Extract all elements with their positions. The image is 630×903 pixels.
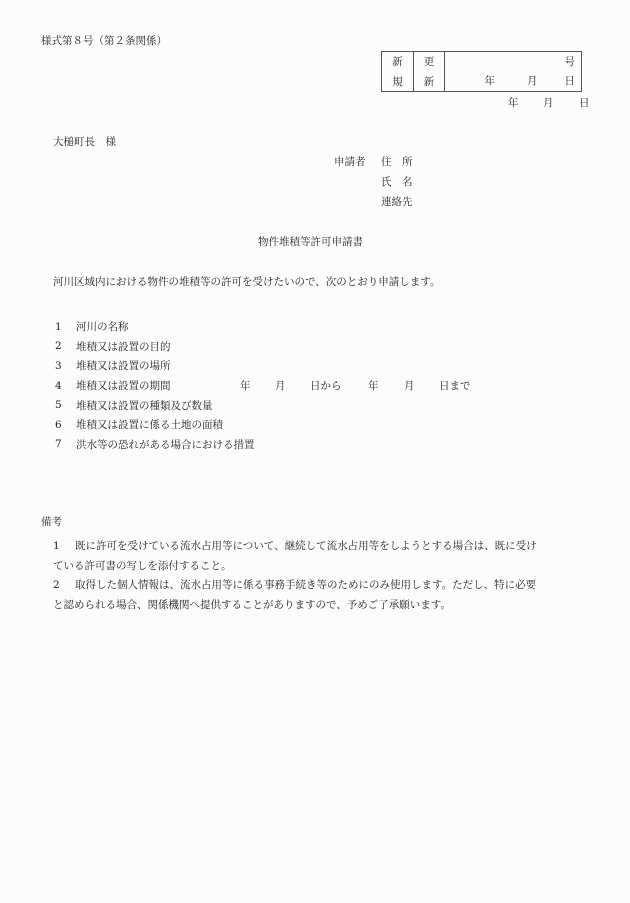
applicant-name-label: 氏 名 xyxy=(381,177,413,188)
period-from-day: 日から xyxy=(310,378,342,393)
item-text: 洪水等の恐れがある場合における措置 xyxy=(76,437,255,452)
item-number: 2 xyxy=(55,340,76,352)
period-to-month: 月 xyxy=(404,378,415,393)
registration-col-new: 新 規 xyxy=(382,52,414,91)
reg-label: 更 xyxy=(424,54,435,69)
reg-label: 新 xyxy=(392,54,403,69)
item-number: 6 xyxy=(55,419,76,431)
item-text: 堆積又は設置に係る土地の面積 xyxy=(76,417,223,432)
item-text: 堆積又は設置の目的 xyxy=(76,339,171,354)
application-items: 1河川の名称 2堆積又は設置の目的 3堆積又は設置の場所 4 堆積又は設置の期間… xyxy=(55,317,255,454)
note-text-cont: と認められる場合、関係機関へ提供することがありますので、予めご了承願います。 xyxy=(53,596,451,616)
notes-list: 1既に許可を受けている流水占用等について、継続して流水占用等をしようとする場合は… xyxy=(53,537,593,615)
note-text: 既に許可を受けている流水占用等について、継続して流水占用等をしようとする場合は、… xyxy=(75,537,537,557)
applicant-contact-label: 連絡先 xyxy=(381,197,413,208)
list-item: 2堆積又は設置の目的 xyxy=(55,337,255,357)
list-item: 3堆積又は設置の場所 xyxy=(55,356,255,376)
registration-number: 号 xyxy=(445,57,581,68)
submission-day: 日 xyxy=(579,98,590,109)
period-from-month: 月 xyxy=(275,378,286,393)
item-text: 河川の名称 xyxy=(76,319,129,334)
note-number: 1 xyxy=(53,537,75,557)
submission-year: 年 xyxy=(508,98,519,109)
number-suffix: 号 xyxy=(565,57,576,68)
period-to-year: 年 xyxy=(368,378,379,393)
applicant-label: 申請者 xyxy=(334,157,366,168)
addressee: 大槌町長 様 xyxy=(53,137,116,148)
period-from-year: 年 xyxy=(240,378,251,393)
note-item: 2取得した個人情報は、流水占用等に係る事務手続き等のためにのみ使用します。ただし… xyxy=(53,576,593,615)
month-label: 月 xyxy=(527,76,538,87)
registration-date: 年 月 日 xyxy=(445,76,581,87)
note-item: 1既に許可を受けている流水占用等について、継続して流水占用等をしようとする場合は… xyxy=(53,537,593,576)
day-label: 日 xyxy=(565,76,576,87)
notes-heading: 備考 xyxy=(41,517,62,528)
form-id: 様式第８号（第２条関係） xyxy=(41,36,167,47)
list-item: 4 堆積又は設置の期間 年 月 日から 年 月 日まで xyxy=(55,376,255,396)
note-text-cont: ている許可書の写しを添付すること。 xyxy=(53,557,232,577)
item-number: 5 xyxy=(55,399,76,411)
reg-label: 規 xyxy=(392,74,403,89)
item-number: 3 xyxy=(55,360,76,372)
list-item: 7洪水等の恐れがある場合における措置 xyxy=(55,435,255,455)
reg-label: 新 xyxy=(424,74,435,89)
item-text: 堆積又は設置の種類及び数量 xyxy=(76,398,213,413)
item-text: 堆積又は設置の期間 xyxy=(76,378,171,393)
note-text: 取得した個人情報は、流水占用等に係る事務手続き等のためにのみ使用します。ただし、… xyxy=(75,576,536,596)
applicant-address-label: 住 所 xyxy=(381,157,413,168)
list-item: 1河川の名称 xyxy=(55,317,255,337)
year-label: 年 xyxy=(485,76,496,87)
intro-text: 河川区域内における物件の堆積等の許可を受けたいので、次のとおり申請します。 xyxy=(53,277,440,288)
item-number: 7 xyxy=(55,438,76,450)
registration-number-date: 号 年 月 日 xyxy=(445,52,581,91)
list-item: 6堆積又は設置に係る土地の面積 xyxy=(55,415,255,435)
item-number: 1 xyxy=(55,321,76,333)
registration-box: 新 規 更 新 号 年 月 日 xyxy=(381,51,582,92)
item-text: 堆積又は設置の場所 xyxy=(76,358,171,373)
note-number: 2 xyxy=(53,576,75,596)
document-title: 物件堆積等許可申請書 xyxy=(258,237,363,248)
list-item: 5堆積又は設置の種類及び数量 xyxy=(55,395,255,415)
submission-month: 月 xyxy=(543,98,554,109)
item-number: 4 xyxy=(55,380,76,392)
period-to-day: 日まで xyxy=(439,378,471,393)
registration-col-renew: 更 新 xyxy=(414,52,445,91)
